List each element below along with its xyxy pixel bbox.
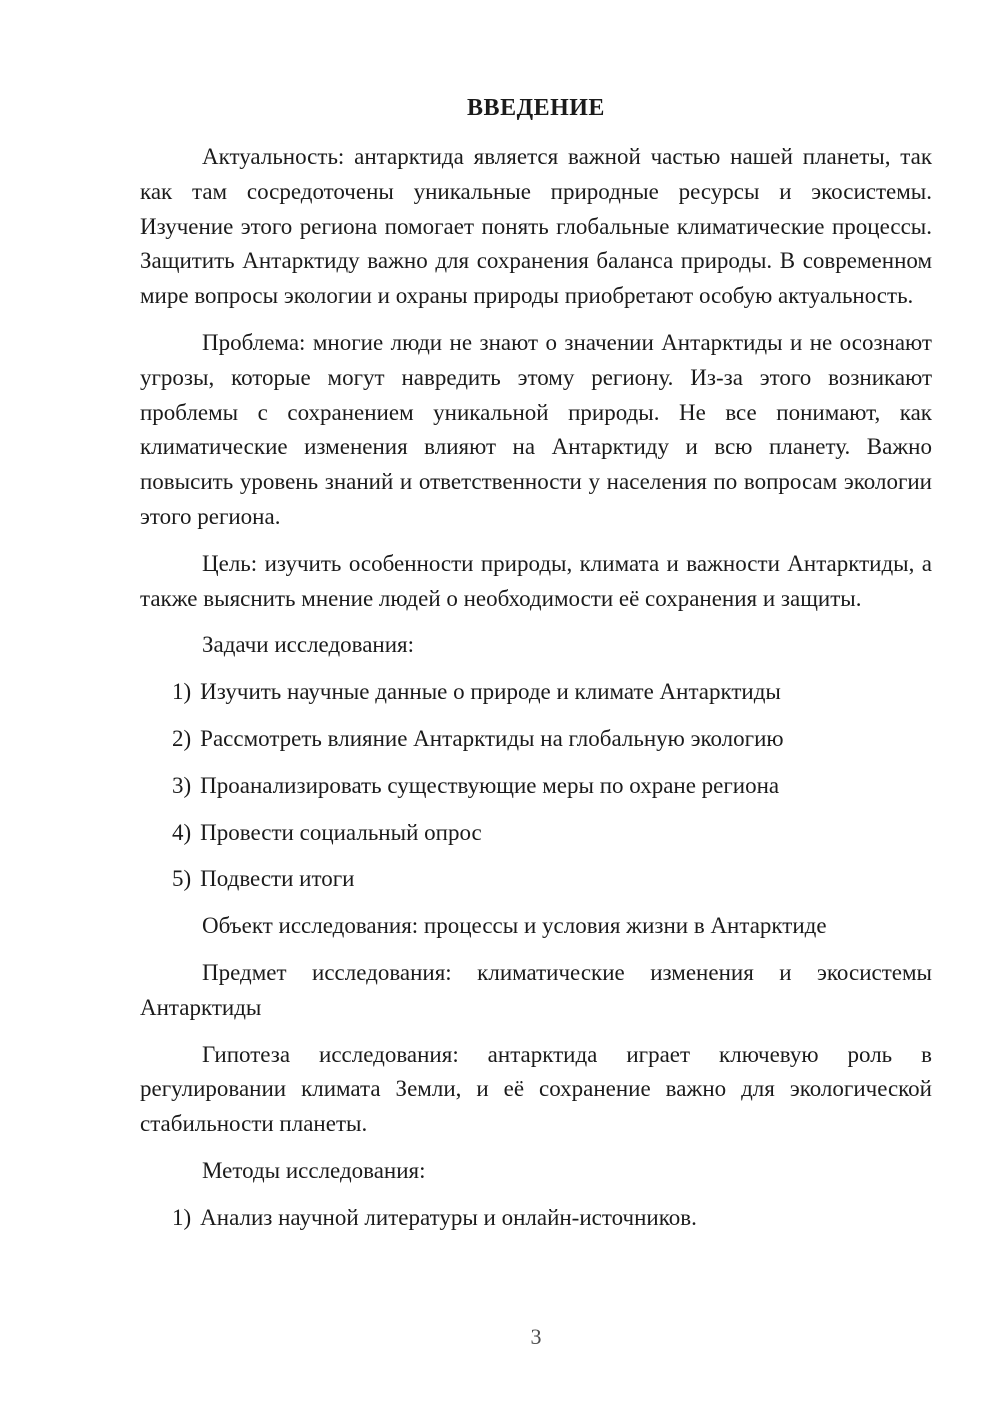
paragraph-problema: Проблема: многие люди не знают о значени… (140, 326, 932, 535)
paragraph-obekt: Объект исследования: процессы и условия … (140, 909, 932, 944)
paragraph-gipoteza: Гипотеза исследования: антарктида играет… (140, 1038, 932, 1142)
tasks-heading: Задачи исследования: (140, 628, 932, 663)
task-list-text: Подвести итоги (200, 866, 354, 891)
task-list-item-1: 1)Изучить научные данные о природе и кли… (140, 675, 932, 710)
task-list-item-3: 3)Проанализировать существующие меры по … (140, 769, 932, 804)
document-page: ВВЕДЕНИЕ Актуальность: антарктида являет… (0, 0, 1000, 1414)
task-list-marker: 2) (172, 726, 191, 751)
task-list-marker: 4) (172, 820, 191, 845)
task-list-text: Проанализировать существующие меры по ох… (200, 773, 779, 798)
task-list-item-4: 4)Провести социальный опрос (140, 816, 932, 851)
task-list-item-5: 5)Подвести итоги (140, 862, 932, 897)
method-list-item-1: 1)Анализ научной литературы и онлайн-ист… (140, 1201, 932, 1236)
task-list-marker: 1) (172, 679, 191, 704)
section-title: ВВЕДЕНИЕ (140, 90, 932, 126)
paragraph-aktualnost: Актуальность: антарктида является важной… (140, 140, 932, 314)
methods-heading: Методы исследования: (140, 1154, 932, 1189)
task-list-marker: 3) (172, 773, 191, 798)
task-list-text: Рассмотреть влияние Антарктиды на глобал… (200, 726, 783, 751)
paragraph-tsel: Цель: изучить особенности природы, клима… (140, 547, 932, 617)
task-list-text: Провести социальный опрос (200, 820, 482, 845)
task-list-text: Изучить научные данные о природе и клима… (200, 679, 781, 704)
task-list-item-2: 2)Рассмотреть влияние Антарктиды на глоб… (140, 722, 932, 757)
method-list-marker: 1) (172, 1205, 191, 1230)
task-list-marker: 5) (172, 866, 191, 891)
paragraph-predmet: Предмет исследования: климатические изме… (140, 956, 932, 1026)
method-list-text: Анализ научной литературы и онлайн-источ… (200, 1205, 697, 1230)
page-number: 3 (140, 1322, 932, 1352)
